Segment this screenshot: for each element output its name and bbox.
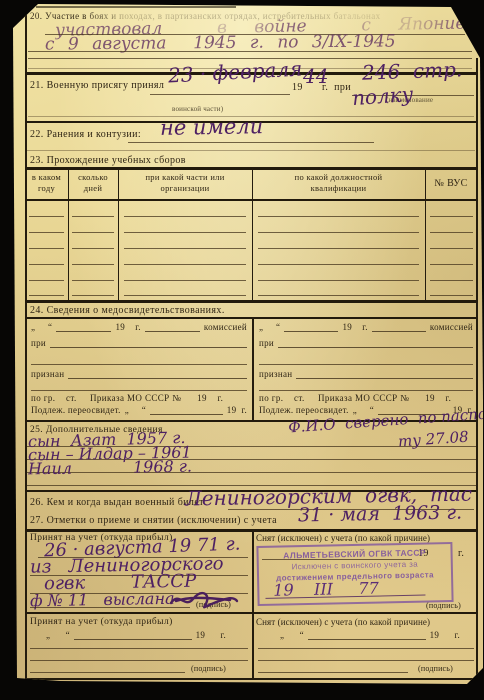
ruled-line [29,280,64,281]
item21-hand-date: 23 · февраля [167,57,302,88]
med-right-prikaz: по гр. ст. Приказа МО СССР № 19 г. [259,393,451,403]
ruled-line [258,295,419,296]
document-page: 20. Участие в боях и походах, в партизан… [0,0,484,700]
ruled-line [72,264,114,265]
ruled-line [30,660,248,661]
med-left-date-line: „ “19 г.комиссией [31,322,247,332]
ruled-line [124,264,246,265]
item24-heading: 24. Сведения о медосвидетельствованиях. [30,305,225,316]
med-left-podlezh: Подлеж. переосвидет.„ “19 г. [31,405,247,415]
remove-header-2: Снят (исключен) с учета (по какой причин… [256,617,430,627]
blank-line [372,322,426,332]
ruled-line [29,216,64,217]
ruled-line [31,390,247,391]
blank-line [308,630,426,640]
ruled-line [72,216,114,217]
column-divider [252,317,254,420]
blank-line [74,630,192,640]
ruled-line [124,248,246,249]
item21-year-print: 19 [292,82,303,93]
col-header-days: сколькодней [68,172,118,194]
ruled-line [258,280,419,281]
ruled-line [258,648,474,649]
fio-check-note-line2: ту 27.08 [397,428,469,451]
ruled-line [124,295,246,296]
ruled-line [258,232,419,233]
podpis-caption: (подпись) [191,664,226,673]
ruled-line [72,280,114,281]
ruled-line [430,232,473,233]
item21-caption2: воинской части) [172,105,223,113]
ruled-line [124,280,246,281]
ruled-line [259,390,473,391]
item22-hand: не имели [160,114,264,140]
blank-line [296,369,473,379]
frame-top [36,6,236,8]
ruled-line [430,295,473,296]
blank-line [56,322,111,332]
ruled-line [258,672,408,673]
med-left-priznan-line: признан [31,369,247,379]
podpis-caption: (подпись) [426,601,461,610]
ruled-line [258,660,474,661]
ruled-line [150,94,290,95]
blank-line [284,322,338,332]
item26-heading: 26. Кем и когда выдан военный билет [30,497,204,508]
ruled-line [128,142,374,143]
item21-after-year: г. при [322,82,351,93]
ruled-line [430,280,473,281]
item27-hand: 31 · мая 1963 г. [298,502,462,527]
ruled-line [430,216,473,217]
podpis-caption: (подпись) [418,664,453,673]
accept2-date-line: „ “19 г. [46,630,226,640]
ruled-line [27,150,475,151]
ruled-line [258,264,419,265]
ruled-line [72,295,114,296]
ruled-line [29,232,64,233]
item22-heading: 22. Ранения и контузии: [30,129,141,140]
scanned-military-document: 20. Участие в боях и походах, в партизан… [0,0,484,700]
table-border-bottom [25,300,478,303]
med-left-prikaz: по гр. ст. Приказа МО СССР № 19 г. [31,393,223,403]
ruled-line [430,248,473,249]
item27-heading: 27. Отметки о приеме и снятии (исключени… [30,515,277,526]
ruled-line [430,264,473,265]
col-header-vus: № ВУС [425,178,477,189]
accept-header-2: Принят на учет (откуда прибыл) [30,617,173,627]
quote-blank: „ “ [259,322,280,332]
col-header-unit: при какой части илиорганизации [118,172,252,194]
ruled-line [124,216,246,217]
med-right-date-line: „ “19 г.комиссией [259,322,473,332]
frame-bottom [25,678,478,680]
blank-line [278,338,473,348]
ruled-line [30,672,185,673]
table-header-underline [25,199,478,201]
signature-icon [168,588,240,612]
ruled-line [29,248,64,249]
ruled-line [72,232,114,233]
row-divider [25,612,478,614]
column-divider [252,529,254,680]
frame-right [476,58,478,680]
ruled-line [29,264,64,265]
col-header-year: в какомгоду [25,172,68,194]
blank-line [150,405,223,415]
remove2-date-line: „ “19 г. [280,630,460,640]
ruled-line [72,248,114,249]
blank-line [68,369,247,379]
item21-hand-unit2: полку [351,82,414,110]
ruled-line [28,51,472,52]
med-right-pri-line: при [259,338,473,348]
ruled-line [258,248,419,249]
quote-blank: „ “ [31,322,52,332]
ruled-line [124,232,246,233]
military-office-stamp: АЛЬМЕТЬЕВСКИЙ ОГВК ТАССР Исключен с воин… [256,542,453,606]
med-left-pri-line: при [31,338,247,348]
item21-hand-unit1: 246 стр. [362,57,463,84]
remove-header-1: Снят (исключен) с учета (по какой причин… [256,533,430,543]
item21-heading: 21. Военную присягу принял [30,80,164,91]
ruled-line [31,364,247,365]
item23-heading: 23. Прохождение учебных сборов [30,155,186,166]
ruled-line [30,648,248,649]
ruled-line [259,364,473,365]
item25-hand-line3: Наил 1968 г. [28,457,192,479]
frame-left [25,14,27,680]
blank-line [145,322,200,332]
med-right-priznan-line: признан [259,369,473,379]
col-header-qualification: по какой должностнойквалификации [252,172,425,194]
ruled-line [258,216,419,217]
ruled-line [29,295,64,296]
ruled-line [30,607,190,608]
blank-line [50,338,247,348]
remove1-g-print: г. [458,548,464,559]
